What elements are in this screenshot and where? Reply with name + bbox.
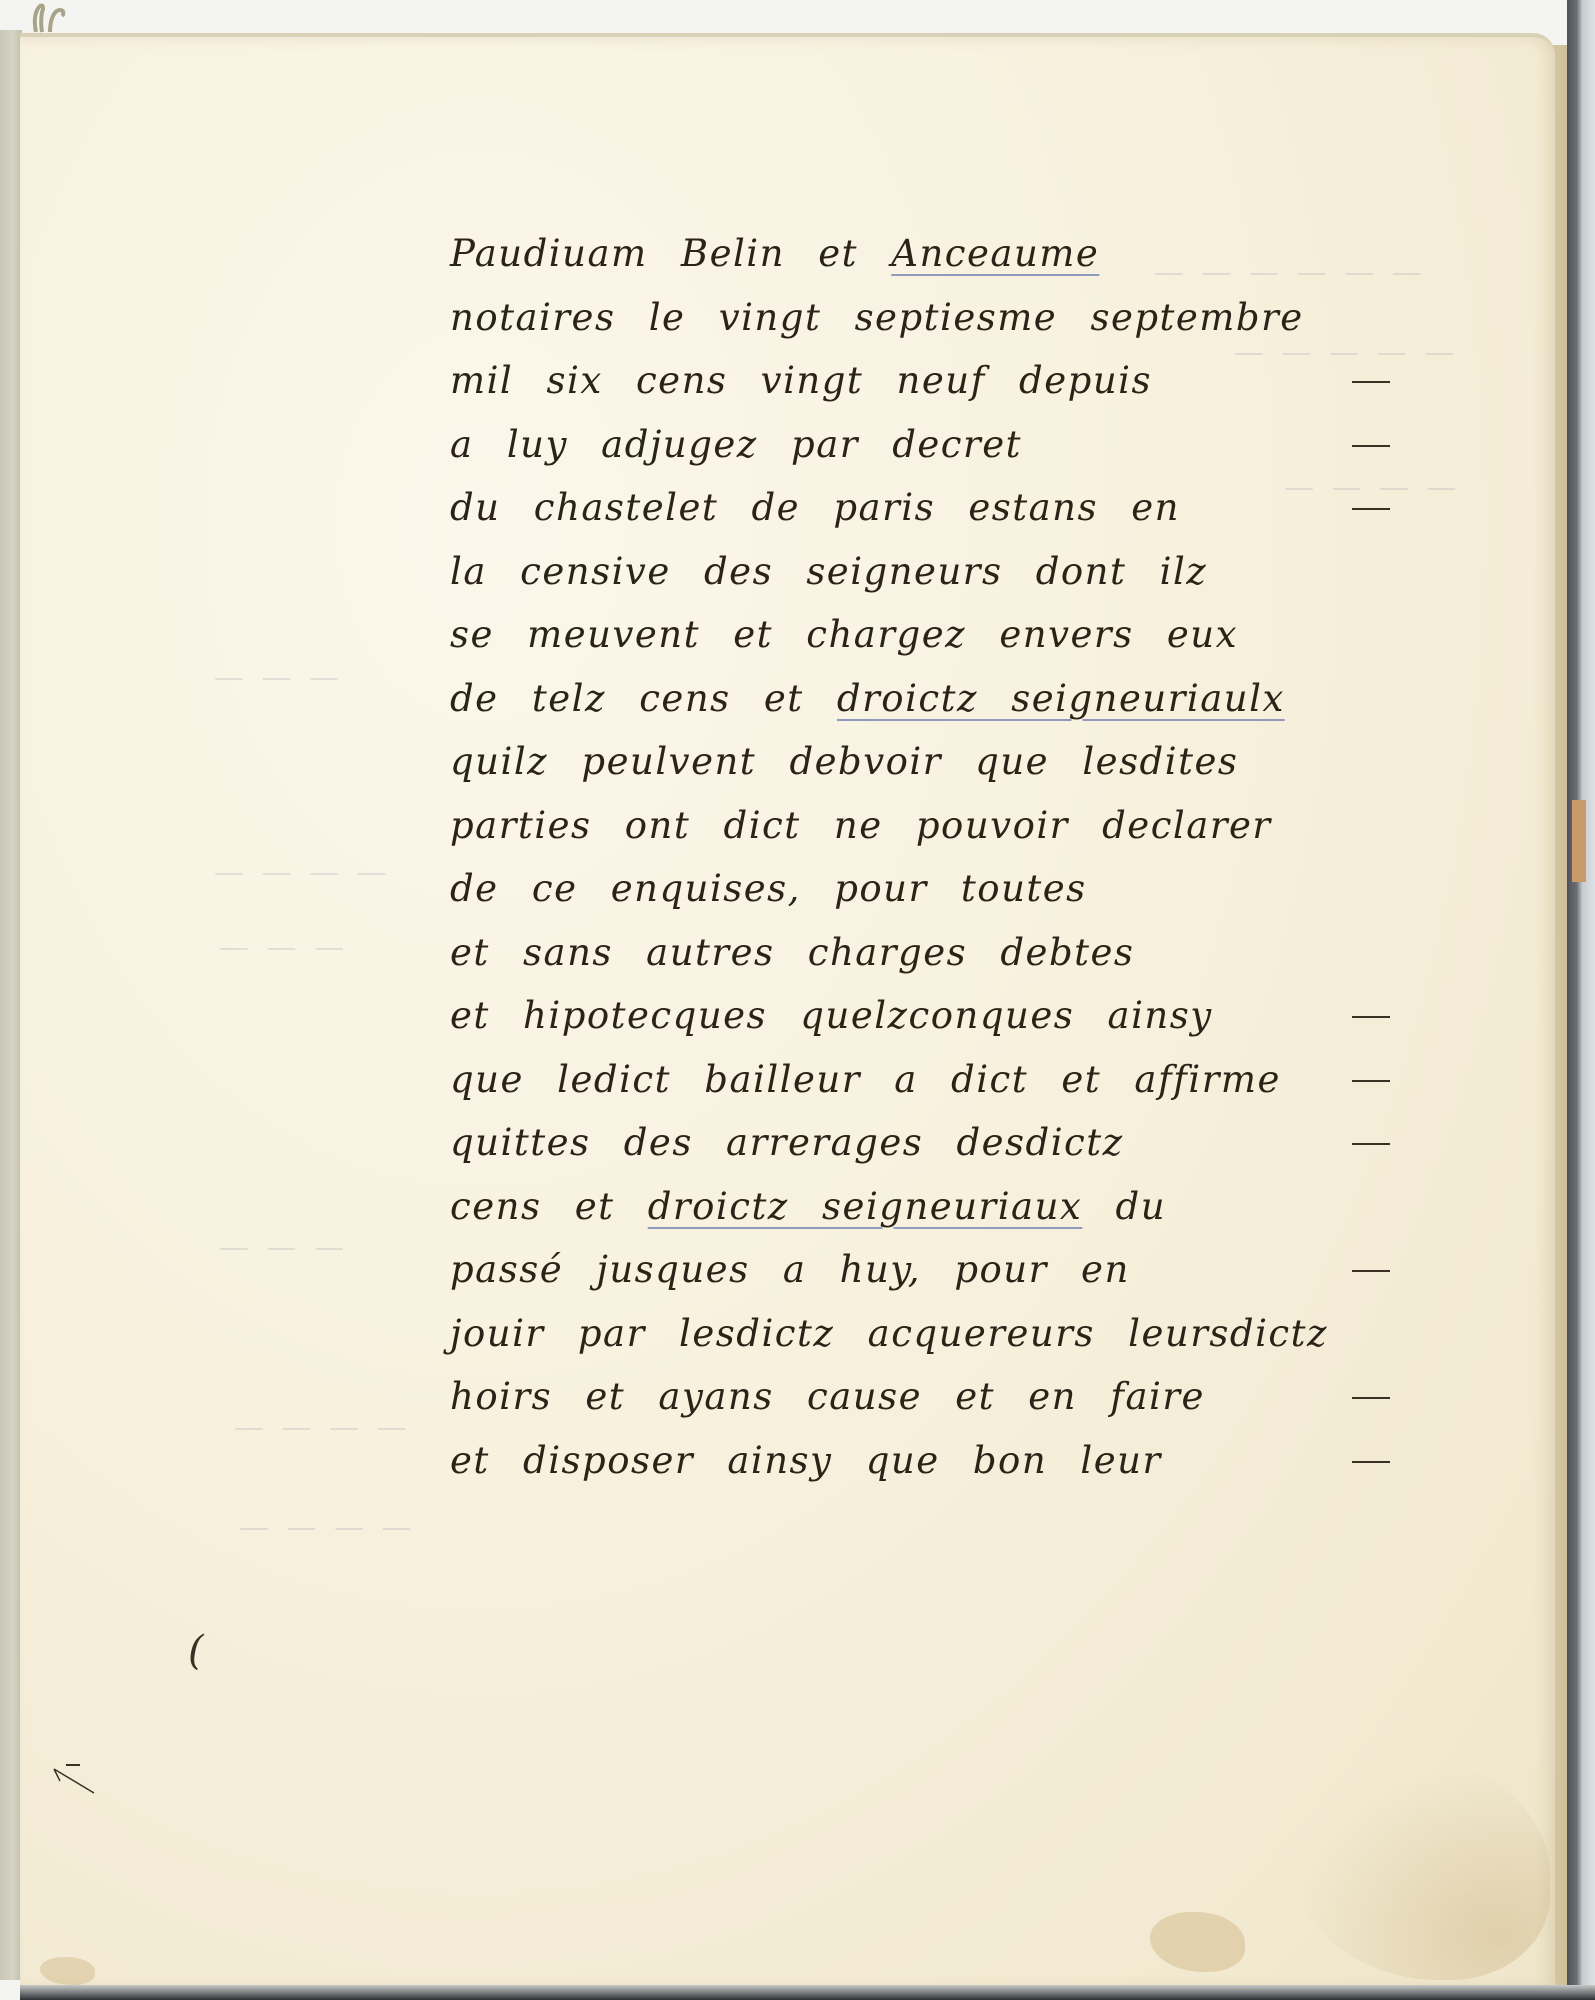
pencil-underline: Anceaume bbox=[891, 232, 1099, 275]
manuscript-line: notaires le vingt septiesme septembre bbox=[450, 296, 1390, 360]
line-text: passé jusques a huy, pour en bbox=[450, 1248, 1130, 1291]
stray-bracket-mark: ( bbox=[188, 1628, 204, 1674]
manuscript-line: et sans autres charges debtes bbox=[450, 931, 1390, 995]
manuscript-line: du chastelet de paris estans en bbox=[450, 486, 1390, 550]
manuscript-line: parties ont dict ne pouvoir declarer bbox=[450, 804, 1390, 868]
line-filler-dash bbox=[1352, 508, 1390, 510]
line-filler-dash bbox=[1352, 1016, 1390, 1018]
manuscript-line: jouir par lesdictz acquereurs leursdictz bbox=[450, 1312, 1390, 1376]
binding-strip bbox=[0, 30, 22, 1980]
line-filler-dash bbox=[1352, 1397, 1390, 1399]
bleed-through-text: — — — bbox=[215, 1230, 344, 1265]
manuscript-scan: — — — — — — — — — — — — — — — — — — — — … bbox=[0, 0, 1595, 2000]
line-filler-dash bbox=[1352, 1143, 1390, 1145]
line-text: et sans autres charges debtes bbox=[450, 931, 1134, 974]
manuscript-line: que ledict bailleur a dict et affirme bbox=[450, 1058, 1390, 1122]
manuscript-line: Paudiuam Belin et Anceaume bbox=[450, 232, 1390, 296]
bleed-through-text: — — — bbox=[210, 660, 339, 695]
line-text: quittes des arrerages desdictz bbox=[450, 1121, 1124, 1164]
line-text: quilz peulvent debvoir que lesdites bbox=[450, 740, 1238, 783]
line-text: la censive des seigneurs dont ilz bbox=[450, 550, 1207, 593]
line-text: de telz cens et droictz seigneuriaulx bbox=[450, 677, 1285, 720]
manuscript-line: cens et droictz seigneuriaux du bbox=[450, 1185, 1390, 1249]
manuscript-line: la censive des seigneurs dont ilz bbox=[450, 550, 1390, 614]
manuscript-line: hoirs et ayans cause et en faire bbox=[450, 1375, 1390, 1439]
line-text: cens et droictz seigneuriaux du bbox=[450, 1185, 1166, 1228]
line-text: et disposer ainsy que bon leur bbox=[450, 1439, 1162, 1482]
manuscript-line: quilz peulvent debvoir que lesdites bbox=[450, 740, 1390, 804]
scanner-frame-right bbox=[1567, 0, 1595, 2000]
line-text: et hipotecques quelzconques ainsy bbox=[450, 994, 1213, 1037]
manuscript-line: de ce enquises, pour toutes bbox=[450, 867, 1390, 931]
pencil-underline: droictz seigneuriaux bbox=[648, 1185, 1083, 1228]
line-text: de ce enquises, pour toutes bbox=[450, 867, 1087, 910]
pencil-underline: droictz seigneuriaulx bbox=[837, 677, 1285, 720]
manuscript-line: se meuvent et chargez envers eux bbox=[450, 613, 1390, 677]
line-text: que ledict bailleur a dict et affirme bbox=[450, 1058, 1281, 1101]
stray-ink-mark-icon bbox=[50, 1745, 170, 1805]
line-text: Paudiuam Belin et Anceaume bbox=[450, 232, 1099, 275]
line-text: se meuvent et chargez envers eux bbox=[450, 613, 1238, 656]
line-filler-dash bbox=[1352, 1461, 1390, 1463]
line-text: du chastelet de paris estans en bbox=[450, 486, 1180, 529]
manuscript-line: passé jusques a huy, pour en bbox=[450, 1248, 1390, 1312]
line-text: hoirs et ayans cause et en faire bbox=[450, 1375, 1205, 1418]
manuscript-line: mil six cens vingt neuf depuis bbox=[450, 359, 1390, 423]
line-text: jouir par lesdictz acquereurs leursdictz bbox=[450, 1312, 1328, 1355]
line-text: a luy adjugez par decret bbox=[450, 423, 1022, 466]
manuscript-line: quittes des arrerages desdictz bbox=[450, 1121, 1390, 1185]
paper-tab-marker bbox=[1572, 800, 1586, 882]
line-filler-dash bbox=[1352, 1270, 1390, 1272]
line-text: notaires le vingt septiesme septembre bbox=[450, 296, 1304, 339]
scanner-frame-bottom bbox=[20, 1985, 1595, 2000]
line-text: parties ont dict ne pouvoir declarer bbox=[450, 804, 1272, 847]
manuscript-line: a luy adjugez par decret bbox=[450, 423, 1390, 487]
manuscript-line: de telz cens et droictz seigneuriaulx bbox=[450, 677, 1390, 741]
line-filler-dash bbox=[1352, 381, 1390, 383]
line-filler-dash bbox=[1352, 1080, 1390, 1082]
bleed-through-text: — — — — bbox=[210, 855, 387, 890]
manuscript-line: et disposer ainsy que bon leur bbox=[450, 1439, 1390, 1503]
manuscript-line: et hipotecques quelzconques ainsy bbox=[450, 994, 1390, 1058]
line-filler-dash bbox=[1352, 445, 1390, 447]
binding-ties-icon bbox=[30, 2, 70, 34]
bleed-through-text: — — — bbox=[215, 930, 344, 965]
line-text: mil six cens vingt neuf depuis bbox=[450, 359, 1152, 402]
bleed-through-text: — — — — bbox=[235, 1510, 412, 1545]
bleed-through-text: — — — — bbox=[230, 1410, 407, 1445]
manuscript-text-block: Paudiuam Belin et Anceaume notaires le v… bbox=[450, 232, 1390, 1502]
